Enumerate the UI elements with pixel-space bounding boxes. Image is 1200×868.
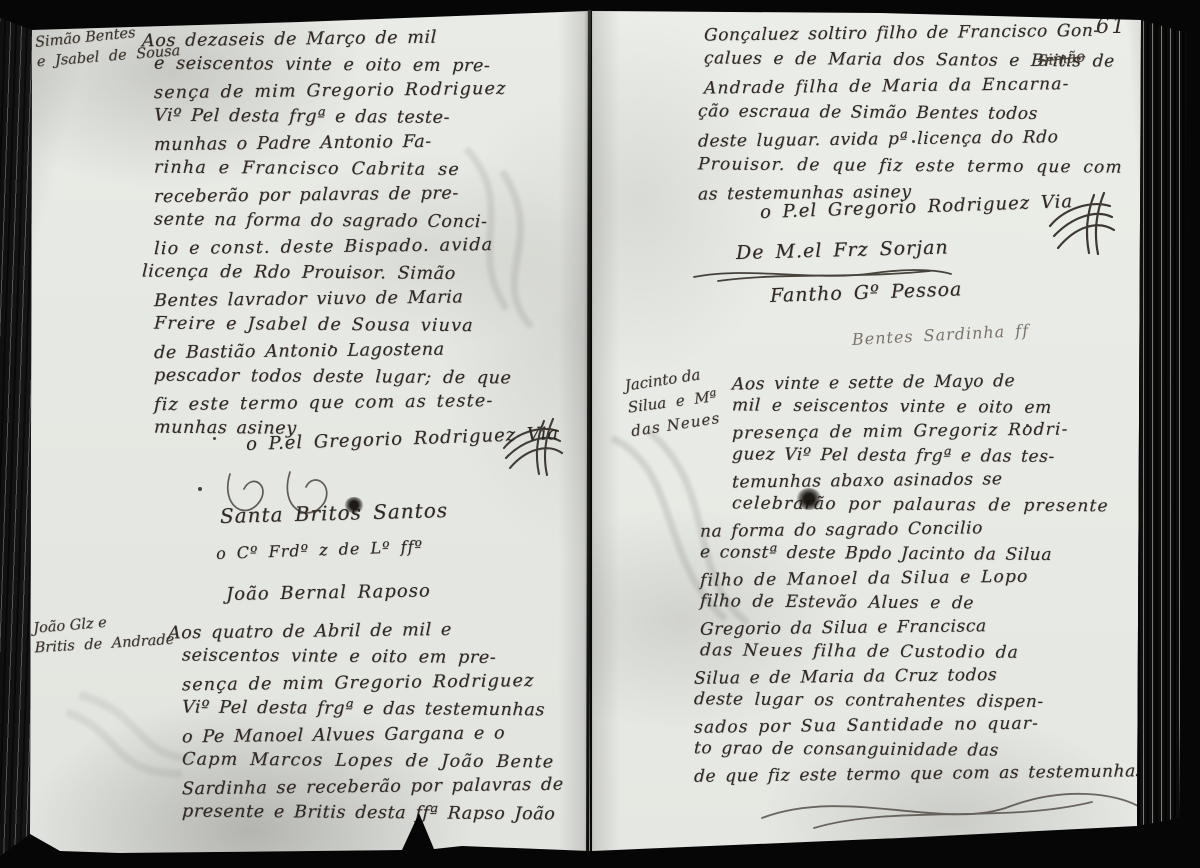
manuscript-line: deste luguar. avida pª licença do Rdo bbox=[698, 123, 1123, 155]
manuscript-line: temunhas abaxo asinados se bbox=[732, 465, 1146, 495]
manuscript-line: Viº Pel desta frgª e das teste- bbox=[153, 103, 512, 132]
manuscript-line: presente e Britis desta ffª Rapso João bbox=[181, 799, 564, 828]
signature-flourish bbox=[498, 416, 564, 476]
manuscript-line: Andrade filha de Maria da Encarna- bbox=[704, 70, 1123, 102]
entry-may-text: Aos vinte e sette de Mayo demil e seisce… bbox=[700, 370, 1145, 787]
manuscript-line: Freire e Jsabel de Sousa viuva bbox=[153, 311, 512, 340]
manuscript-line: Gregorio da Silua e Francisca bbox=[700, 612, 1146, 642]
manuscript-line: seiscentos vinte e oito em pre- bbox=[181, 643, 564, 672]
paper-speck bbox=[330, 345, 333, 348]
ink-blot bbox=[344, 497, 364, 513]
manuscript-line: na forma do sagrado Concilio bbox=[700, 514, 1146, 544]
paper-speck bbox=[198, 487, 202, 491]
manuscript-line: e seiscentos vinte e oito em pre- bbox=[153, 51, 512, 80]
manuscript-line: Viº Pel desta frgª e das testemunhas bbox=[181, 695, 564, 724]
manuscript-line: fiz este termo que com as teste- bbox=[154, 388, 512, 418]
manuscript-line: pescador todos deste lugar; de que bbox=[153, 363, 512, 392]
paper-speck bbox=[1026, 424, 1029, 427]
page-number: 61 bbox=[1096, 14, 1127, 38]
paper-speck bbox=[213, 437, 216, 440]
entry-goncaluez-text: Gonçaluez soltiro filho de Francisco Gon… bbox=[704, 20, 1123, 206]
signature-witness-santos: Santa Britos Santos bbox=[220, 498, 449, 528]
manuscript-line: filho de Manoel da Silua e Lopo bbox=[700, 563, 1146, 593]
manuscript-line: Gonçaluez soltiro filho de Francisco Gon… bbox=[704, 17, 1123, 49]
manuscript-line: Sardinha se receberão por palavras de bbox=[182, 772, 564, 803]
signature-flourish bbox=[1046, 190, 1116, 256]
manuscript-photo: Simão Bentese Jsabel de Sousa Aos dezase… bbox=[0, 0, 1200, 868]
manuscript-line: o Pe Manoel Alvues Gargana e o bbox=[182, 720, 564, 751]
manuscript-line: Aos dezaseis de Março de mil bbox=[142, 24, 512, 55]
manuscript-line: Aos quatro de Abril de mil e bbox=[168, 616, 564, 647]
entry-april-text: Aos quatro de Abril de mil eseiscentos v… bbox=[168, 618, 564, 826]
closing-flourish bbox=[756, 778, 1146, 836]
ink-blot bbox=[796, 488, 822, 510]
signature-witness-sardinha: Bentes Sardinha ff bbox=[852, 321, 1030, 349]
signature-witness-sorjan: De M.el Frz Sorjan bbox=[736, 236, 949, 264]
manuscript-line: sença de mim Gregorio Rodriguez bbox=[154, 76, 512, 106]
paper-speck bbox=[912, 140, 915, 143]
manuscript-line: Capm Marcos Lopes de João Bente bbox=[181, 747, 564, 776]
manuscript-line: Silua e de Maria da Cruz todos bbox=[694, 661, 1146, 691]
margin-note-joao-glz: João Glz eBritis de Andrade bbox=[33, 608, 175, 660]
manuscript-line: de Bastião Antonio Lagostena bbox=[154, 336, 512, 366]
manuscript-line: Aos vinte e sette de Mayo de bbox=[732, 367, 1146, 397]
signature-witness-raposo: João Bernal Raposo bbox=[226, 580, 431, 605]
manuscript-line: sença de mim Gregorio Rodriguez bbox=[182, 668, 564, 699]
signature-witness-abbrev: o Cº Frdº z de Lº ffº bbox=[216, 537, 424, 563]
manuscript-line: sados por Sua Santidade no quar- bbox=[694, 710, 1146, 740]
manuscript-line: presença de mim Gregoriz Rodri- bbox=[732, 416, 1146, 446]
